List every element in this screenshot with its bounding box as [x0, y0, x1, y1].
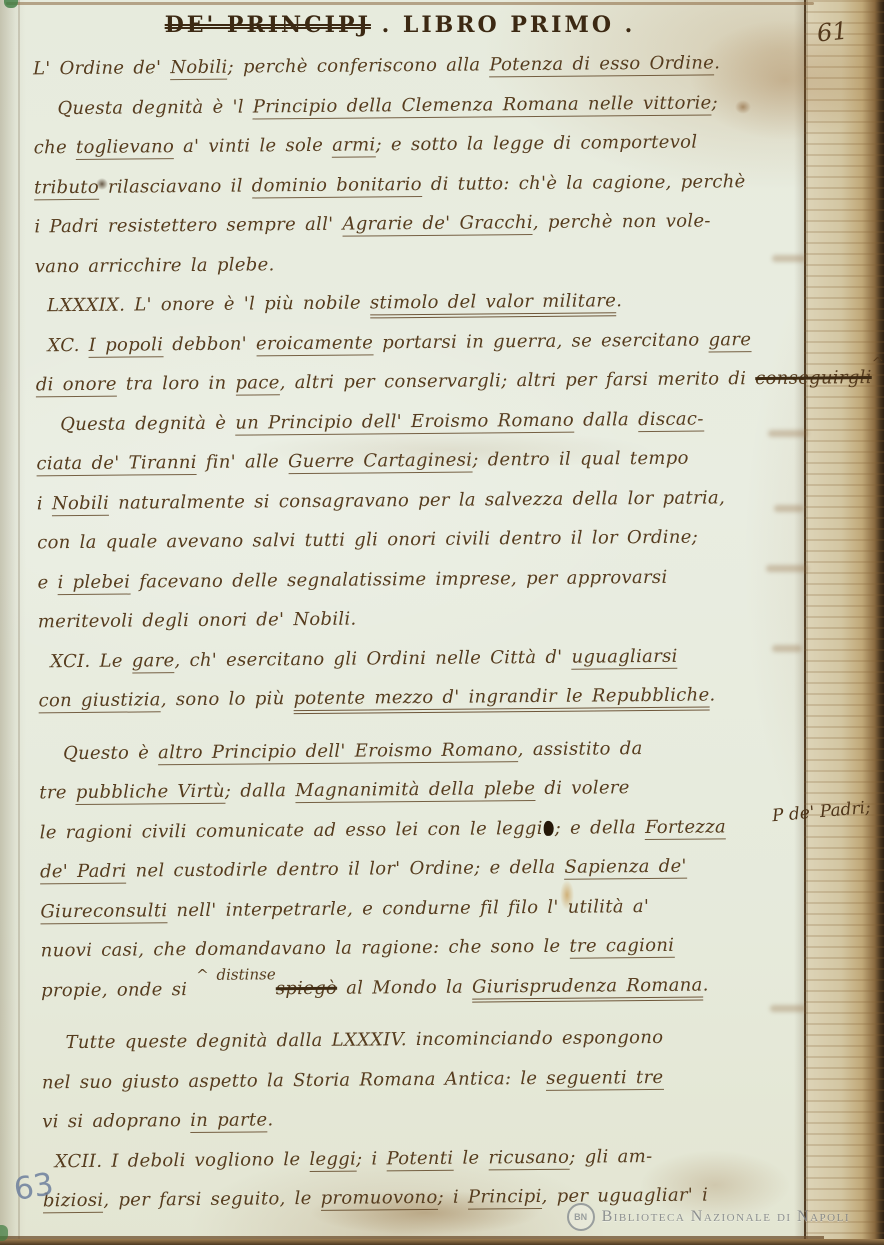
text-segment: tra loro in — [117, 373, 236, 395]
text-segment: Potenti — [386, 1147, 453, 1171]
title-text: . LIBRO PRIMO . — [371, 12, 635, 38]
text-segment: , sono lo più — [161, 688, 294, 710]
text-segment: dalla — [574, 409, 638, 431]
text-segment: Sapienza de' — [564, 856, 686, 880]
text-segment: Potenza di esso Ordine — [489, 52, 714, 77]
text-segment: uguagliarsi — [571, 645, 677, 669]
text-segment: Nobili — [52, 492, 109, 515]
text-segment: , ch' esercitano gli Ordini nelle Città … — [174, 646, 571, 670]
manuscript-line: tributo rilasciavano il dominio bonitari… — [34, 163, 800, 209]
text-segment: portarsi in guerra, se esercitano — [373, 329, 709, 353]
text-segment: ; dalla — [225, 780, 296, 802]
binding-mark-bottom-left — [0, 1225, 8, 1241]
text-segment: toglievano — [76, 136, 174, 160]
library-watermark-label: Biblioteca Nazionale di Napoli — [602, 1208, 850, 1226]
text-segment: . — [709, 684, 715, 705]
text-segment: , per farsi seguito, le — [103, 1188, 320, 1211]
manuscript-line: Tutte queste degnità dalla LXXXIV. incom… — [41, 1019, 807, 1065]
text-segment: Nobili — [170, 57, 227, 80]
manuscript-line: XC. I popoli debbon' eroicamente portars… — [35, 321, 801, 367]
text-segment: discac- — [638, 408, 704, 432]
text-segment: Agrarie de' Gracchi — [342, 212, 533, 237]
text-segment: i plebei — [57, 571, 130, 595]
manuscript-line: meritevoli degli onori de' Nobili. — [38, 598, 804, 644]
text-segment: Giureconsulti — [40, 900, 167, 924]
text-segment: Guerre Cartaginesi — [288, 450, 472, 475]
manuscript-line: L' Ordine de' Nobili; perchè conferiscon… — [33, 45, 799, 91]
page-title: DE' PRINCIPJ . LIBRO PRIMO . — [0, 12, 800, 38]
text-segment: un Principio dell' Eroismo Romano — [235, 409, 574, 435]
folio-number-bottom: 63 — [11, 1166, 56, 1208]
text-segment: dominio bonitario — [252, 173, 422, 197]
text-segment: potente mezzo d' ingrandir le Repubblich… — [293, 684, 709, 714]
text-segment: ciata de' Tiranni — [36, 452, 196, 476]
text-segment: Giurisprudenza Romana — [472, 974, 703, 1002]
manuscript-line: di onore tra loro in pace, altri per con… — [36, 361, 802, 407]
manuscript-line: le ragioni civili comunicate ad esso lei… — [40, 808, 806, 854]
folio-number-top: 61 — [816, 16, 849, 47]
ink-blot — [544, 820, 554, 835]
struck-word: spiegò — [276, 977, 338, 999]
text-segment: nel custodirle dentro il lor' Ordine; e … — [126, 857, 564, 882]
text-segment: Questo è — [63, 742, 158, 764]
text-segment: Questa degnità è — [60, 412, 235, 435]
text-segment: Magnanimità della plebe — [295, 778, 535, 803]
text-segment: vano arricchire la plebe. — [35, 254, 275, 277]
library-logo-icon: BN — [567, 1203, 595, 1231]
library-watermark: BN Biblioteca Nazionale di Napoli — [567, 1203, 850, 1231]
text-segment: debbon' — [163, 333, 256, 355]
text-segment: nell' interpetrarle, e condurne fil filo… — [167, 896, 649, 921]
text-segment: le ragioni civili comunicate ad esso lei… — [40, 817, 543, 842]
manuscript-line: con giustizia, sono lo più potente mezzo… — [38, 677, 804, 723]
text-segment: Principi — [468, 1186, 542, 1210]
text-segment: L' Ordine de' — [33, 57, 170, 79]
text-segment: XC. — [47, 334, 88, 355]
text-segment: de' Padri — [40, 861, 127, 885]
struck-word: conseguirgli — [755, 367, 872, 389]
text-segment: ; gli am- — [569, 1146, 652, 1168]
text-segment: ; i — [356, 1148, 387, 1169]
text-segment: ; e sotto la legge di comportevol — [375, 132, 697, 156]
text-segment: XCI. Le — [50, 650, 132, 672]
text-segment: naturalmente si consagravano per la salv… — [109, 487, 725, 513]
manuscript-line: Questo è altro Principio dell' Eroismo R… — [39, 729, 805, 775]
manuscript-line: LXXXIX. L' onore è 'l più nobile stimolo… — [35, 282, 801, 328]
text-segment: gare — [708, 329, 751, 352]
inserted-word: ^ conseguirgli: — [871, 344, 884, 381]
text-segment: gare — [132, 650, 175, 673]
text-segment: le — [453, 1147, 488, 1168]
text-segment: fin' alle — [197, 451, 289, 473]
manuscript-line: propie, onde si ^ distinsespiegò al Mond… — [41, 966, 807, 1012]
text-segment: meritevoli degli onori de' Nobili. — [38, 609, 357, 633]
text-segment: ; i — [437, 1187, 468, 1208]
text-segment: Fortezza — [645, 816, 726, 840]
text-segment: i Padri resistettero sempre all' — [34, 214, 342, 238]
manuscript-line: i Nobili naturalmente si consagravano pe… — [37, 479, 803, 525]
text-segment: nuovi casi, che domandavano la ragione: … — [41, 936, 570, 962]
page-fold-line — [18, 0, 20, 1245]
manuscript-line: Giureconsulti nell' interpetrarle, e con… — [40, 887, 806, 933]
text-segment: ; e della — [555, 817, 645, 839]
text-segment: che — [34, 137, 76, 158]
text-segment: ricusano — [488, 1146, 569, 1170]
book-page-edges — [804, 0, 884, 1245]
text-segment: eroicamente — [256, 332, 373, 356]
text-segment: Tutte queste degnità dalla LXXXIV. incom… — [65, 1027, 663, 1053]
text-segment: , altri per conservargli; altri per fars… — [280, 368, 756, 393]
text-segment: . — [616, 290, 622, 311]
inserted-word: ^ distinse — [196, 956, 276, 993]
manuscript-line: tre pubbliche Virtù; dalla Magnanimità d… — [39, 769, 805, 815]
text-segment: ; — [711, 92, 718, 113]
text-segment: altro Principio dell' Eroismo Romano — [158, 739, 518, 765]
text-segment: pace — [235, 372, 279, 395]
manuscript-lines: L' Ordine de' Nobili; perchè conferiscon… — [33, 45, 809, 1223]
text-segment: promuovono — [321, 1187, 438, 1211]
text-segment: di onore — [36, 374, 117, 398]
text-segment: seguenti tre — [546, 1066, 663, 1090]
page-left-edge — [0, 0, 26, 1245]
text-segment: i — [37, 493, 52, 514]
manuscript-line: ciata de' Tiranni fin' alle Guerre Carta… — [36, 440, 802, 486]
text-segment: di tutto: ch'è la cagione, perchè — [422, 171, 746, 195]
text-segment: leggi — [309, 1148, 356, 1171]
manuscript-line: Questa degnità è 'l Principio della Clem… — [33, 84, 799, 130]
manuscript-line: e i plebei facevano delle segnalatissime… — [37, 558, 803, 604]
text-segment: Principio della Clemenza Romana nelle vi… — [253, 92, 712, 119]
text-segment: LXXXIX. L' onore è 'l più nobile — [47, 292, 370, 316]
library-logo-monogram: BN — [574, 1212, 587, 1222]
text-segment: in parte — [190, 1109, 267, 1133]
text-segment: tributo — [34, 176, 99, 200]
text-segment: di volere — [535, 777, 630, 799]
text-segment: stimolo del valor militare — [370, 290, 617, 318]
text-segment: Questa degnità è 'l — [57, 96, 253, 119]
manuscript-line: con la quale avevano salvi tutti gli ono… — [37, 519, 803, 565]
manuscript-line: nuovi casi, che domandavano la ragione: … — [41, 927, 807, 973]
text-segment: ; dentro il qual tempo — [472, 448, 689, 471]
manuscript-line: de' Padri nel custodirle dentro il lor' … — [40, 848, 806, 894]
manuscript-line: nel suo giusto aspetto la Storia Romana … — [42, 1058, 808, 1104]
text-segment: . — [714, 52, 720, 73]
manuscript-scan: DE' PRINCIPJ . LIBRO PRIMO . 61 L' Ordin… — [0, 0, 884, 1245]
text-segment: a' vinti le sole — [174, 135, 332, 157]
manuscript-line: XCI. Le gare, ch' esercitano gli Ordini … — [38, 637, 804, 683]
text-segment: . — [267, 1109, 273, 1130]
text-segment: armi — [332, 134, 376, 157]
text-segment: XCII. I deboli vogliono le — [54, 1148, 309, 1171]
text-segment: I popoli — [89, 334, 164, 358]
text-segment: tre cagioni — [569, 935, 674, 959]
text-segment: ; perchè conferiscono alla — [227, 54, 489, 77]
page-top-edge — [6, 2, 814, 5]
text-segment: con la quale avevano salvi tutti gli ono… — [37, 527, 698, 554]
text-segment: con giustizia — [38, 689, 160, 713]
text-segment: facevano delle segnalatissime imprese, p… — [130, 566, 667, 592]
text-segment: propie, onde si — [41, 978, 196, 1000]
text-segment: , perchè non vole- — [533, 210, 711, 233]
text-segment: e — [37, 572, 57, 593]
text-segment: , assistito da — [518, 738, 643, 760]
text-segment: pubbliche Virtù — [76, 781, 225, 805]
manuscript-line: che toglievano a' vinti le sole armi; e … — [34, 124, 800, 170]
text-segment: tre — [39, 782, 76, 803]
manuscript-line: i Padri resistettero sempre all' Agrarie… — [34, 203, 800, 249]
manuscript-line: vano arricchire la plebe. — [35, 242, 801, 288]
title-struck-text: DE' PRINCIPJ — [165, 12, 371, 38]
text-segment: . — [703, 974, 709, 995]
text-segment: al Mondo la — [337, 976, 472, 998]
text-segment: rilasciavano il — [99, 175, 252, 197]
manuscript-line: vi si adoprano in parte. — [42, 1098, 808, 1144]
manuscript-line: XCII. I deboli vogliono le leggi; i Pote… — [42, 1137, 808, 1183]
book-bottom-binding — [0, 1239, 884, 1245]
manuscript-line: Questa degnità è un Principio dell' Eroi… — [36, 400, 802, 446]
text-segment: vi si adoprano — [42, 1110, 190, 1132]
text-segment: nel suo giusto aspetto la Storia Romana … — [42, 1067, 547, 1092]
